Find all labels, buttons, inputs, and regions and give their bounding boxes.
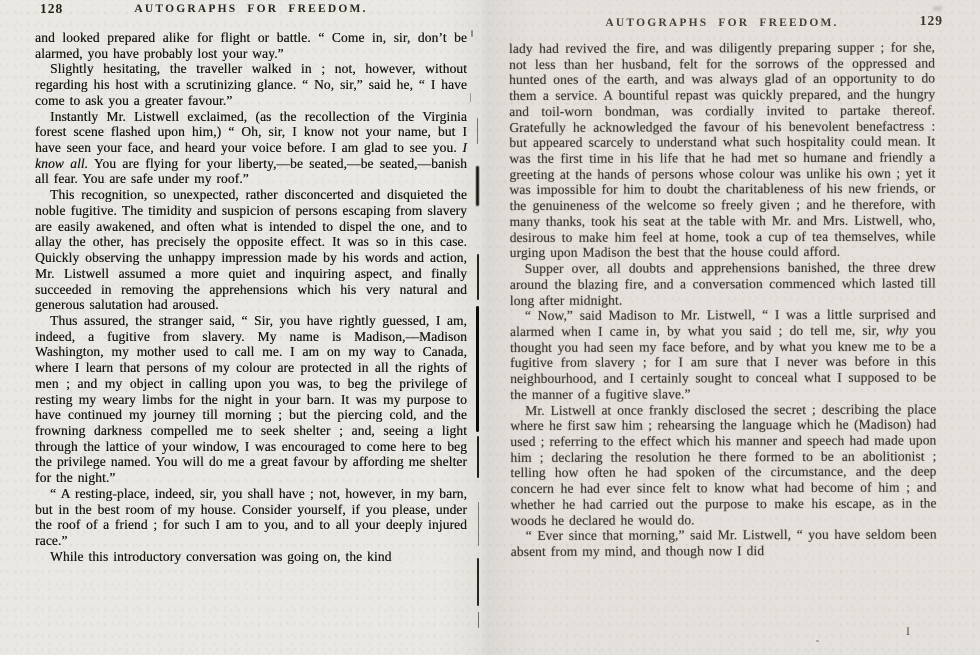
text-run: Instantly Mr. Listwell exclaimed, (as th… [35, 109, 467, 155]
binding-mark [476, 306, 479, 432]
text-run: This recognition, so unexpected, rather … [35, 187, 467, 312]
page-right-header: AUTOGRAPHS FOR FREEDOM. 129 [509, 0, 935, 30]
paragraph: This recognition, so unexpected, rather … [35, 187, 467, 313]
running-title-left: AUTOGRAPHS FOR FREEDOM. [35, 3, 467, 15]
text-run: “ Now,” said Madison to Mr. Listwell, “ … [510, 307, 936, 339]
text-run: Thus assured, the stranger said, “ Sir, … [35, 313, 467, 485]
binding-mark [478, 502, 479, 546]
binding-gutter [471, 0, 485, 655]
text-run: “ Ever since that morning,” said Mr. Lis… [511, 527, 937, 559]
binding-mark [477, 436, 479, 478]
paragraph: While this introductory conversation was… [35, 549, 467, 565]
paragraph: Instantly Mr. Listwell exclaimed, (as th… [35, 109, 467, 188]
scan-speck [816, 640, 819, 642]
paragraph: “ Now,” said Madison to Mr. Listwell, “ … [510, 307, 936, 403]
paragraph: Thus assured, the stranger said, “ Sir, … [35, 313, 467, 486]
paragraph: “ Ever since that morning,” said Mr. Lis… [511, 527, 937, 560]
scan-speck [471, 30, 473, 37]
binding-mark [478, 612, 479, 628]
text-run: Supper over, all doubts and apprehension… [510, 260, 936, 308]
printer-signature-mark: I [906, 624, 911, 639]
paragraph: lady had revived the fire, and was dilig… [509, 40, 936, 262]
paragraph: and looked prepared alike for flight or … [35, 30, 467, 61]
scan-speck [470, 93, 471, 102]
paragraph: Slightly hesitating, the traveller walke… [35, 61, 467, 108]
binding-mark [477, 118, 478, 144]
page-left: 128 AUTOGRAPHS FOR FREEDOM. and looked p… [35, 0, 467, 655]
scan-speck [933, 6, 942, 11]
paragraph: Supper over, all doubts and apprehension… [510, 260, 936, 309]
page-right-text: lady had revived the fire, and was dilig… [509, 40, 937, 560]
paragraph: “ A resting-place, indeed, sir, you shal… [35, 486, 467, 549]
running-title-right: AUTOGRAPHS FOR FREEDOM. [509, 17, 935, 29]
italic-text-run: why [886, 323, 908, 338]
page-number-right: 129 [920, 13, 943, 29]
text-run: lady had revived the fire, and was dilig… [509, 40, 936, 261]
binding-mark [476, 166, 479, 206]
page-left-text: and looked prepared alike for flight or … [35, 30, 467, 564]
text-run: You are flying for your liberty,—be seat… [35, 156, 467, 187]
binding-mark [477, 254, 479, 300]
text-run: Slightly hesitating, the traveller walke… [35, 61, 467, 107]
text-run: and looked prepared alike for flight or … [35, 30, 467, 61]
text-run: “ A resting-place, indeed, sir, you shal… [35, 486, 467, 548]
page-right: AUTOGRAPHS FOR FREEDOM. 129 lady had rev… [509, 0, 935, 655]
text-run: Mr. Listwell at once frankly disclosed t… [510, 401, 936, 528]
binding-mark [477, 558, 479, 606]
paragraph: Mr. Listwell at once frankly disclosed t… [510, 401, 936, 528]
text-run: While this introductory conversation was… [50, 549, 391, 564]
page-left-header: 128 AUTOGRAPHS FOR FREEDOM. [35, 0, 467, 30]
